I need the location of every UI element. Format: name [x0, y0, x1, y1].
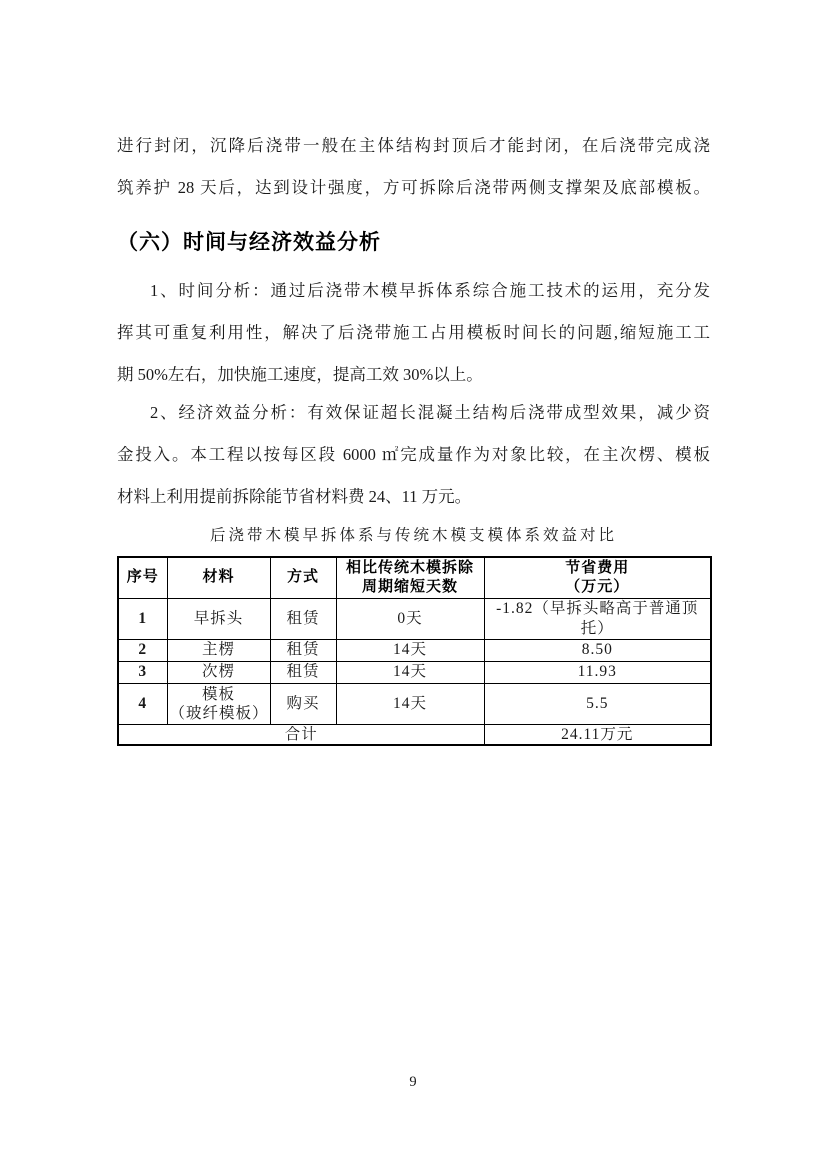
page-number: 9 — [0, 1072, 826, 1092]
paragraph-intro: 进行封闭，沉降后浇带一般在主体结构封顶后才能封闭，在后浇带完成浇 筑养护 28 … — [117, 125, 710, 209]
table-total-row: 合计 24.11万元 — [118, 724, 711, 745]
paragraph-line: 筑养护 28 天后，达到设计强度，方可拆除后浇带两侧支撑架及底部模板。 — [117, 167, 710, 209]
cell-saving: 11.93 — [484, 661, 711, 683]
paragraph-line: 期 50%左右，加快施工速度，提高工效 30%以上。 — [117, 354, 710, 396]
table-row: 3 次楞 租赁 14天 11.93 — [118, 661, 711, 683]
cell-no: 3 — [118, 661, 167, 683]
cell-days: 14天 — [336, 683, 484, 724]
header-saving-line2: （万元） — [487, 578, 709, 597]
paragraph-line: 2、经济效益分析：有效保证超长混凝土结构后浇带成型效果，减少资 — [117, 392, 710, 434]
header-days-line1: 相比传统木模拆除 — [339, 559, 482, 578]
cell-days: 0天 — [336, 598, 484, 639]
cell-material-line2: （玻纤模板） — [170, 704, 268, 723]
cell-no: 2 — [118, 639, 167, 661]
header-cell-saving: 节省费用 （万元） — [484, 557, 711, 598]
benefits-comparison-table: 序号 材料 方式 相比传统木模拆除 周期缩短天数 节省费用 （万元） 1 早拆头 — [117, 556, 712, 746]
header-days-line2: 周期缩短天数 — [339, 578, 482, 597]
header-cell-material: 材料 — [167, 557, 270, 598]
cell-method: 购买 — [270, 683, 336, 724]
cell-material-line1: 模板 — [170, 685, 268, 704]
table-header-row: 序号 材料 方式 相比传统木模拆除 周期缩短天数 节省费用 （万元） — [118, 557, 711, 598]
cell-days: 14天 — [336, 661, 484, 683]
cell-saving: 5.5 — [484, 683, 711, 724]
paragraph-economic-analysis: 2、经济效益分析：有效保证超长混凝土结构后浇带成型效果，减少资 金投入。本工程以… — [117, 392, 710, 518]
cell-total-label: 合计 — [118, 724, 484, 745]
header-saving-line1: 节省费用 — [487, 559, 709, 578]
table-row: 1 早拆头 租赁 0天 -1.82（早拆头略高于普通顶托） — [118, 598, 711, 639]
cell-material: 早拆头 — [167, 598, 270, 639]
paragraph-line: 进行封闭，沉降后浇带一般在主体结构封顶后才能封闭，在后浇带完成浇 — [117, 125, 710, 167]
cell-method: 租赁 — [270, 598, 336, 639]
header-cell-days: 相比传统木模拆除 周期缩短天数 — [336, 557, 484, 598]
cell-saving: -1.82（早拆头略高于普通顶托） — [484, 598, 711, 639]
cell-material: 次楞 — [167, 661, 270, 683]
cell-total-value: 24.11万元 — [484, 724, 711, 745]
cell-no: 1 — [118, 598, 167, 639]
cell-method: 租赁 — [270, 661, 336, 683]
paragraph-line: 金投入。本工程以按每区段 6000 ㎡完成量作为对象比较，在主次楞、模板 — [117, 434, 710, 476]
cell-no: 4 — [118, 683, 167, 724]
page-content: 进行封闭，沉降后浇带一般在主体结构封顶后才能封闭，在后浇带完成浇 筑养护 28 … — [117, 0, 710, 746]
paragraph-line: 材料上利用提前拆除能节省材料费 24、11 万元。 — [117, 476, 710, 518]
cell-saving: 8.50 — [484, 639, 711, 661]
table-row: 4 模板 （玻纤模板） 购买 14天 5.5 — [118, 683, 711, 724]
document-page: 进行封闭，沉降后浇带一般在主体结构封顶后才能封闭，在后浇带完成浇 筑养护 28 … — [0, 0, 826, 1169]
header-cell-no: 序号 — [118, 557, 167, 598]
paragraph-time-analysis: 1、时间分析：通过后浇带木模早拆体系综合施工技术的运用，充分发 挥其可重复利用性… — [117, 270, 710, 396]
cell-days: 14天 — [336, 639, 484, 661]
paragraph-line: 1、时间分析：通过后浇带木模早拆体系综合施工技术的运用，充分发 — [117, 270, 710, 312]
header-cell-method: 方式 — [270, 557, 336, 598]
table-row: 2 主楞 租赁 14天 8.50 — [118, 639, 711, 661]
cell-material: 模板 （玻纤模板） — [167, 683, 270, 724]
paragraph-line: 挥其可重复利用性，解决了后浇带施工占用模板时间长的问题,缩短施工工 — [117, 312, 710, 354]
table-caption: 后浇带木模早拆体系与传统木模支模体系效益对比 — [117, 518, 710, 554]
cell-method: 租赁 — [270, 639, 336, 661]
cell-material: 主楞 — [167, 639, 270, 661]
section-heading: （六）时间与经济效益分析 — [117, 221, 710, 265]
